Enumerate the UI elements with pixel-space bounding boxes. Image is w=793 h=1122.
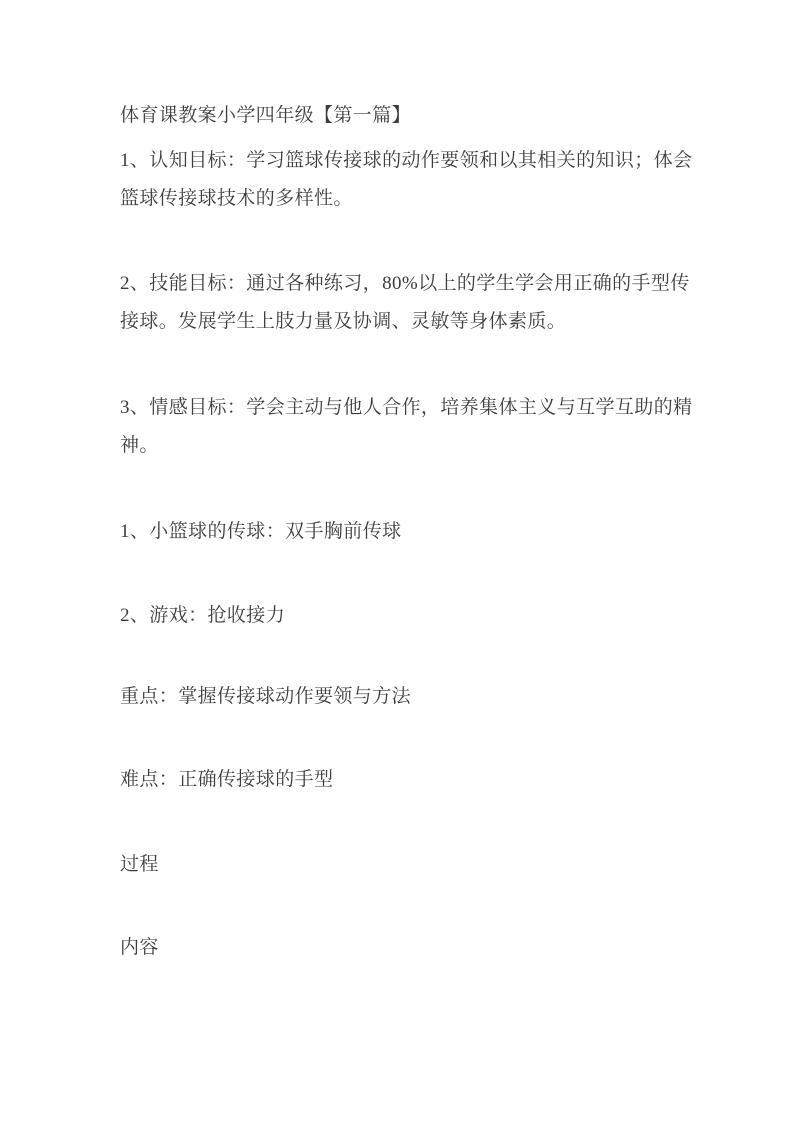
paragraph-difficult-point: 难点：正确传接球的手型 bbox=[120, 761, 690, 799]
paragraph-key-point: 重点：掌握传接球动作要领与方法 bbox=[120, 678, 690, 716]
document-title: 体育课教案小学四年级【第一篇】 bbox=[120, 97, 690, 135]
text-line: 3、情感目标：学会主动与他人合作，培养集体主义与互学互助的精 bbox=[120, 389, 690, 427]
paragraph-skill-objective: 2、技能目标：通过各种练习，80%以上的学生学会用正确的手型传 接球。发展学生上… bbox=[120, 265, 690, 341]
text-line: 1、小篮球的传球：双手胸前传球 bbox=[120, 513, 690, 551]
text-line: 接球。发展学生上肢力量及协调、灵敏等身体素质。 bbox=[120, 303, 690, 341]
text-line: 内容 bbox=[120, 929, 690, 967]
paragraph-emotional-objective: 3、情感目标：学会主动与他人合作，培养集体主义与互学互助的精 神。 bbox=[120, 389, 690, 465]
text-line: 1、认知目标：学习篮球传接球的动作要领和以其相关的知识；体会 bbox=[120, 142, 690, 180]
text-line: 难点：正确传接球的手型 bbox=[120, 761, 690, 799]
text-line: 2、技能目标：通过各种练习，80%以上的学生学会用正确的手型传 bbox=[120, 265, 690, 303]
paragraph-content-label: 内容 bbox=[120, 929, 690, 967]
text-line: 过程 bbox=[120, 846, 690, 884]
text-line: 2、游戏：抢收接力 bbox=[120, 597, 690, 635]
text-line: 神。 bbox=[120, 427, 690, 465]
text-line: 篮球传接球技术的多样性。 bbox=[120, 180, 690, 218]
paragraph-content-item-1: 1、小篮球的传球：双手胸前传球 bbox=[120, 513, 690, 551]
title-text: 体育课教案小学四年级【第一篇】 bbox=[120, 97, 690, 135]
paragraph-content-item-2: 2、游戏：抢收接力 bbox=[120, 597, 690, 635]
paragraph-process-label: 过程 bbox=[120, 846, 690, 884]
paragraph-cognitive-objective: 1、认知目标：学习篮球传接球的动作要领和以其相关的知识；体会 篮球传接球技术的多… bbox=[120, 142, 690, 218]
text-line: 重点：掌握传接球动作要领与方法 bbox=[120, 678, 690, 716]
document-page: 体育课教案小学四年级【第一篇】 1、认知目标：学习篮球传接球的动作要领和以其相关… bbox=[0, 0, 793, 1122]
